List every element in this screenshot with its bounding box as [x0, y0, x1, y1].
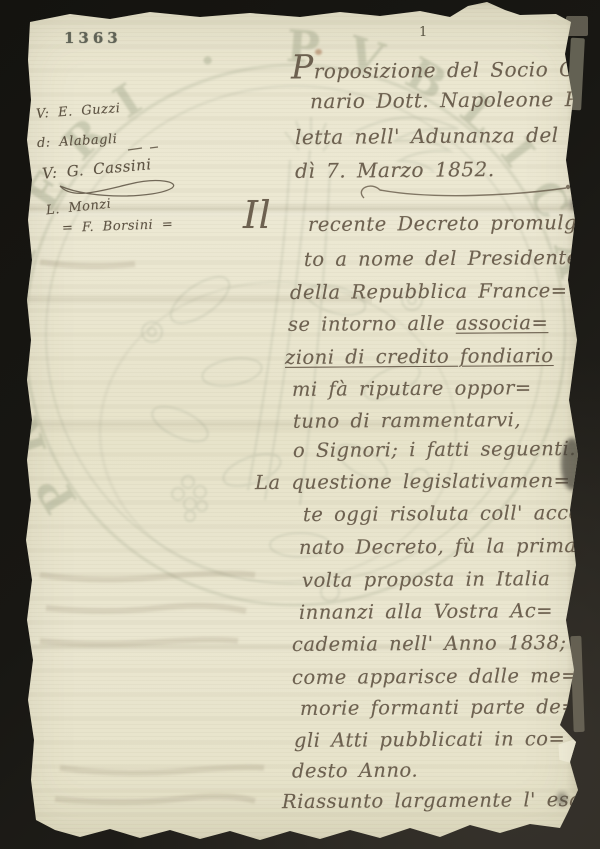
body-line: se intorno alle associa=	[288, 311, 548, 336]
body-line: innanzi alla Vostra Ac=	[299, 599, 553, 624]
heading-line-1: Proposizione del Socio Ordi=	[291, 45, 600, 87]
ink-smudge	[561, 438, 583, 490]
body-line: come apparisce dalle me=	[292, 664, 578, 689]
body-line: nato Decreto, fù la prima	[299, 534, 577, 559]
photograph-background: PROSPERI · PVBLICA	[0, 0, 600, 849]
body-line: mi fà riputare oppor=	[292, 376, 532, 401]
body-line: della Repubblica France=	[290, 279, 568, 304]
body-line: recente Decreto promulga=	[308, 211, 600, 236]
ink-smudge	[569, 198, 578, 210]
body-line: desto Anno.	[292, 759, 418, 783]
heading-line-4: dì 7. Marzo 1852.	[295, 157, 495, 183]
heading-line-3: letta nell' Adunanza del	[295, 123, 559, 149]
page-number: 1	[419, 25, 427, 40]
body-line: tuno di rammentarvi,	[293, 408, 521, 433]
body-line: Riassunto largamente l' esa=	[282, 788, 598, 813]
margin-signature-3: V: G. Cassini	[41, 155, 152, 182]
body-line: La questione legislativamen=	[255, 469, 571, 494]
body-line: morie formanti parte de=	[300, 695, 578, 720]
body-line: cademia nell' Anno 1838;	[292, 631, 567, 656]
body-line: gli Atti pubblicati in co=	[294, 727, 565, 752]
margin-signature-1: V: E. Guzzi	[36, 101, 121, 122]
heading-line-2: nario Dott. Napoleone Pini	[310, 87, 600, 114]
underlined-line: zioni di credito fondiario	[285, 344, 554, 369]
body-line: volta proposta in Italia	[302, 567, 551, 592]
body-line: to a nome del Presidente	[304, 246, 579, 271]
body-line: o Signori; i fatti seguenti.	[293, 437, 576, 462]
underlined-text: associa=	[456, 311, 549, 335]
behind-sheet-sliver	[570, 636, 584, 732]
body-text: se intorno alle	[288, 312, 456, 336]
paragraph-initial: Il	[243, 196, 271, 234]
archival-number-stamp: 1363	[64, 29, 122, 47]
margin-signature-4: L. Monzi	[45, 197, 112, 219]
margin-signature-2: d: Alabagli	[37, 132, 118, 151]
manuscript-page: PROSPERI · PVBLICA	[0, 0, 600, 849]
body-line: te oggi risoluta coll' accen=	[303, 501, 600, 526]
ink-smudge	[556, 792, 568, 806]
margin-signature-5: = F. Borsini =	[62, 217, 174, 236]
